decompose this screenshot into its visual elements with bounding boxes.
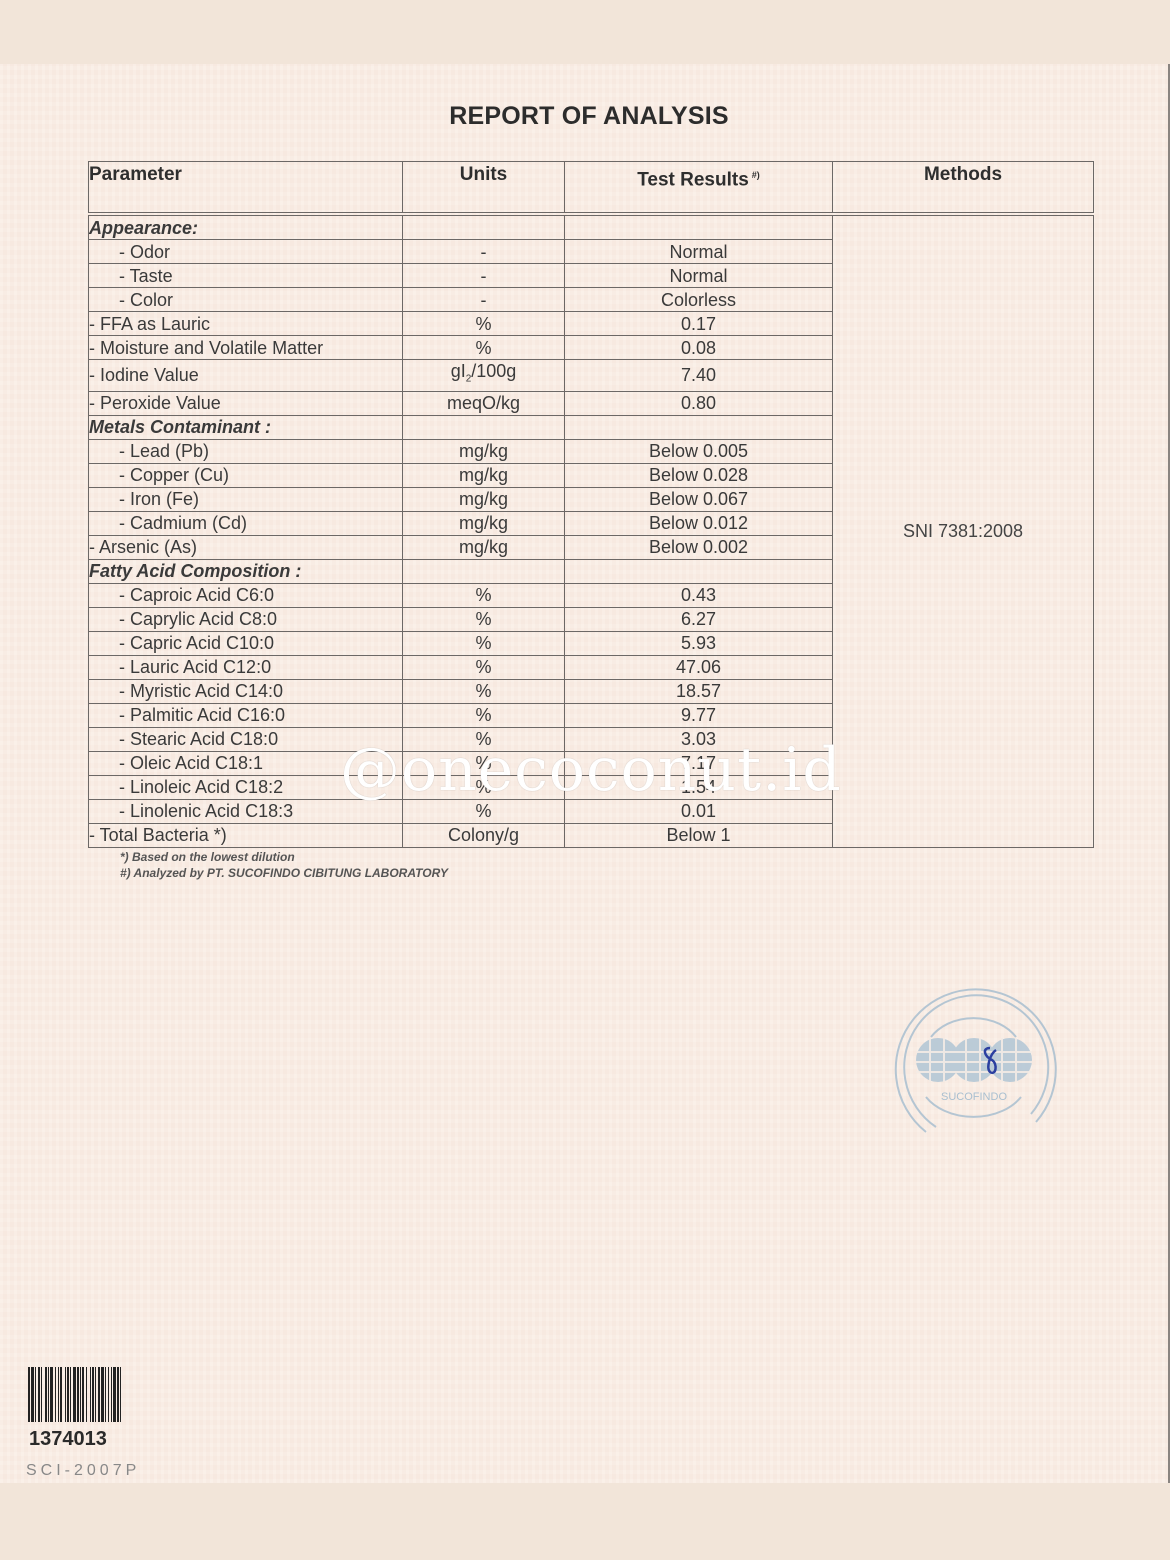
unit-cell [403, 415, 565, 439]
unit-cell: mg/kg [403, 487, 565, 511]
result-cell: 0.08 [565, 336, 833, 360]
barcode-number: 1374013 [29, 1428, 107, 1451]
result-cell: Below 0.005 [565, 439, 833, 463]
unit-cell: - [403, 264, 565, 288]
header-methods: Methods [833, 162, 1094, 215]
result-cell: 5.93 [565, 631, 833, 655]
parameter-cell: - Total Bacteria *) [89, 823, 403, 847]
parameter-cell: - Copper (Cu) [89, 463, 403, 487]
parameter-cell: - Caprylic Acid C8:0 [89, 607, 403, 631]
watermark: @onecoconut.id [340, 735, 842, 805]
unit-cell: mg/kg [403, 439, 565, 463]
parameter-cell: - Myristic Acid C14:0 [89, 679, 403, 703]
unit-cell: - [403, 240, 565, 264]
result-cell: Below 0.002 [565, 535, 833, 559]
analyzed-by-footnote-mark: #) [752, 170, 760, 180]
parameter-cell: - Capric Acid C10:0 [89, 631, 403, 655]
result-cell: 18.57 [565, 679, 833, 703]
parameter-cell: - Color [89, 288, 403, 312]
parameter-cell: - Odor [89, 240, 403, 264]
barcode [28, 1367, 206, 1422]
unit-cell: % [403, 607, 565, 631]
unit-cell [403, 559, 565, 583]
parameter-cell: - Moisture and Volatile Matter [89, 336, 403, 360]
unit-cell: - [403, 288, 565, 312]
result-cell: Below 0.012 [565, 511, 833, 535]
unit-cell: mg/kg [403, 463, 565, 487]
footnote-dilution: *) Based on the lowest dilution [120, 849, 448, 865]
result-cell: Normal [565, 264, 833, 288]
parameter-cell: - Cadmium (Cd) [89, 511, 403, 535]
result-cell: 0.80 [565, 391, 833, 415]
globe-stamp-icon: SUCOFINDO [886, 982, 1061, 1152]
unit-cell: meqO/kg [403, 391, 565, 415]
result-cell: Below 0.067 [565, 487, 833, 511]
unit-cell: % [403, 312, 565, 336]
unit-cell: gI2/100g [403, 360, 565, 392]
unit-cell: Colony/g [403, 823, 565, 847]
parameter-cell: - Lauric Acid C12:0 [89, 655, 403, 679]
header-test-results-label: Test Results [637, 169, 749, 190]
result-cell: Colorless [565, 288, 833, 312]
footnote-laboratory: #) Analyzed by PT. SUCOFINDO CIBITUNG LA… [120, 865, 448, 881]
parameter-cell: - Caproic Acid C6:0 [89, 583, 403, 607]
parameter-cell: Fatty Acid Composition : [89, 559, 403, 583]
header-test-results: Test Results#) [565, 162, 833, 215]
parameter-cell: Appearance: [89, 214, 403, 240]
unit-cell: % [403, 703, 565, 727]
unit-cell: mg/kg [403, 535, 565, 559]
result-cell: Normal [565, 240, 833, 264]
header-parameter: Parameter [89, 162, 403, 215]
parameter-cell: - Iodine Value [89, 360, 403, 392]
result-cell: 7.40 [565, 360, 833, 392]
header-units: Units [403, 162, 565, 215]
table-header-row: Parameter Units Test Results#) Methods [89, 162, 1094, 215]
result-cell: 47.06 [565, 655, 833, 679]
parameter-cell: - FFA as Lauric [89, 312, 403, 336]
parameter-cell: - Palmitic Acid C16:0 [89, 703, 403, 727]
result-cell [565, 214, 833, 240]
unit-cell: % [403, 583, 565, 607]
parameter-cell: - Peroxide Value [89, 391, 403, 415]
parameter-cell: - Iron (Fe) [89, 487, 403, 511]
result-cell: 0.43 [565, 583, 833, 607]
parameter-cell: - Taste [89, 264, 403, 288]
result-cell: 0.17 [565, 312, 833, 336]
unit-cell [403, 214, 565, 240]
footnotes: *) Based on the lowest dilution #) Analy… [120, 849, 448, 881]
svg-text:SUCOFINDO: SUCOFINDO [941, 1091, 1007, 1103]
unit-cell: mg/kg [403, 511, 565, 535]
parameter-cell: - Arsenic (As) [89, 535, 403, 559]
result-cell: Below 0.028 [565, 463, 833, 487]
result-cell [565, 559, 833, 583]
unit-cell: % [403, 631, 565, 655]
parameter-cell: - Lead (Pb) [89, 439, 403, 463]
result-cell: Below 1 [565, 823, 833, 847]
parameter-cell: Metals Contaminant : [89, 415, 403, 439]
result-cell [565, 415, 833, 439]
form-code: SCI-2007P [26, 1462, 140, 1480]
method-cell: SNI 7381:2008 [833, 214, 1094, 847]
result-cell: 6.27 [565, 607, 833, 631]
unit-cell: % [403, 336, 565, 360]
result-cell: 9.77 [565, 703, 833, 727]
report-title: REPORT OF ANALYSIS [0, 102, 1170, 131]
unit-cell: % [403, 655, 565, 679]
table-section-row: Appearance:SNI 7381:2008 [89, 214, 1094, 240]
unit-cell: % [403, 679, 565, 703]
